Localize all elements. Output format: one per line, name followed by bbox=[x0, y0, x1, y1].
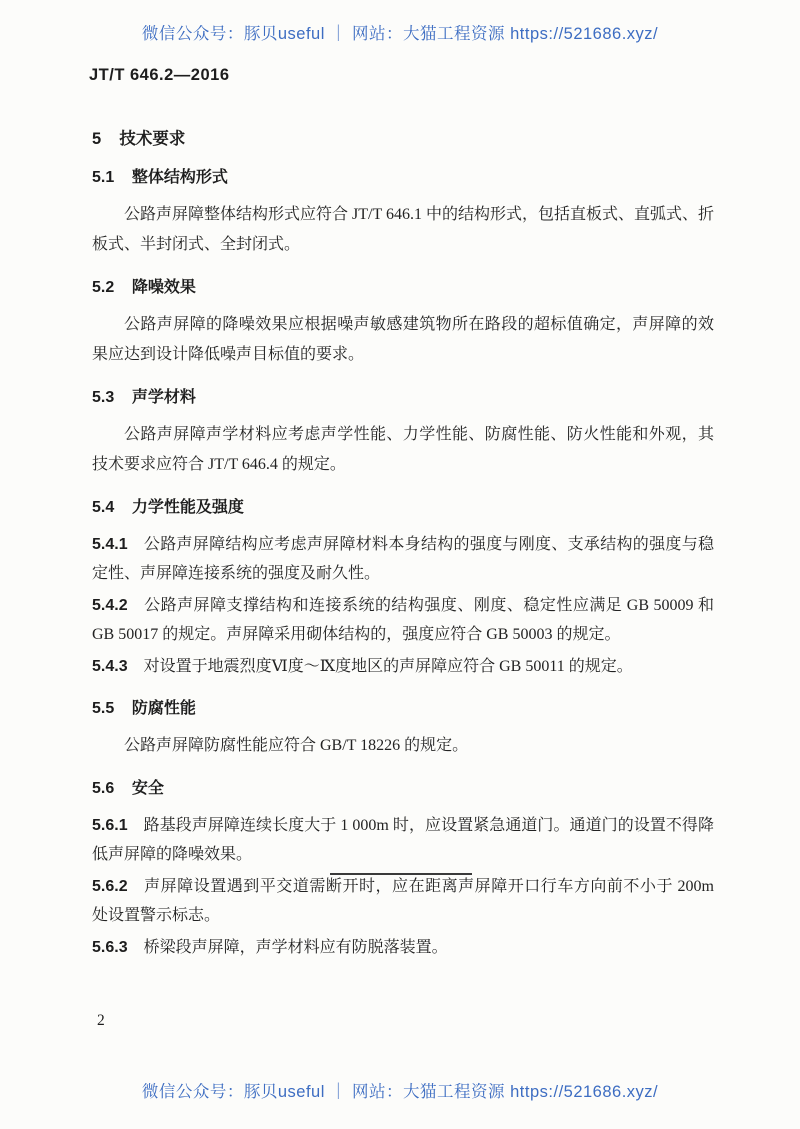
clause-text: 声屏障设置遇到平交道需断开时，应在距离声屏障开口行车方向前不小于 200m 处设… bbox=[92, 878, 714, 924]
document-content: 5技术要求 5.1整体结构形式 公路声屏障整体结构形式应符合 JT/T 646.… bbox=[92, 128, 714, 965]
document-page: 微信公众号：豚贝useful ｜ 网站：大猫工程资源 https://52168… bbox=[0, 0, 800, 1129]
clause-5-4-1: 5.4.1公路声屏障结构应考虑声屏障材料本身结构的强度与刚度、支承结构的强度与稳… bbox=[92, 530, 714, 588]
clause-5-6-1: 5.6.1路基段声屏障连续长度大于 1 000m 时，应设置紧急通道门。通道门的… bbox=[92, 811, 714, 869]
clause-text: 公路声屏障支撑结构和连接系统的结构强度、刚度、稳定性应满足 GB 50009 和… bbox=[92, 597, 714, 643]
chapter-number: 5 bbox=[92, 130, 101, 148]
clause-number: 5.6.2 bbox=[92, 878, 128, 895]
section-heading-5-5: 5.5防腐性能 bbox=[92, 698, 714, 720]
section-heading-5-3: 5.3声学材料 bbox=[92, 387, 714, 409]
section-paragraph-5-5: 公路声屏障防腐性能应符合 GB/T 18226 的规定。 bbox=[92, 731, 714, 761]
section-title: 防腐性能 bbox=[132, 700, 196, 717]
watermark-bottom: 微信公众号：豚贝useful ｜ 网站：大猫工程资源 https://52168… bbox=[0, 1078, 800, 1102]
clause-number: 5.6.3 bbox=[92, 939, 128, 956]
section-number: 5.5 bbox=[92, 700, 114, 717]
chapter-title: 技术要求 bbox=[119, 130, 185, 148]
section-paragraph-5-3: 公路声屏障声学材料应考虑声学性能、力学性能、防腐性能、防火性能和外观，其技术要求… bbox=[92, 420, 714, 480]
section-paragraph-5-1: 公路声屏障整体结构形式应符合 JT/T 646.1 中的结构形式，包括直板式、直… bbox=[92, 200, 714, 260]
clause-5-4-2: 5.4.2公路声屏障支撑结构和连接系统的结构强度、刚度、稳定性应满足 GB 50… bbox=[92, 591, 714, 649]
chapter-heading: 5技术要求 bbox=[92, 128, 714, 150]
watermark-top: 微信公众号：豚贝useful ｜ 网站：大猫工程资源 https://52168… bbox=[0, 20, 800, 44]
clause-text: 对设置于地震烈度Ⅵ度～Ⅸ度地区的声屏障应符合 GB 50011 的规定。 bbox=[144, 658, 633, 675]
clause-number: 5.4.2 bbox=[92, 597, 128, 614]
clause-number: 5.4.1 bbox=[92, 536, 128, 553]
section-heading-5-2: 5.2降噪效果 bbox=[92, 277, 714, 299]
clause-text: 公路声屏障结构应考虑声屏障材料本身结构的强度与刚度、支承结构的强度与稳定性、声屏… bbox=[92, 536, 714, 582]
clause-5-4-3: 5.4.3对设置于地震烈度Ⅵ度～Ⅸ度地区的声屏障应符合 GB 50011 的规定… bbox=[92, 652, 714, 681]
clause-5-6-3: 5.6.3桥梁段声屏障，声学材料应有防脱落装置。 bbox=[92, 933, 714, 962]
clause-text: 桥梁段声屏障，声学材料应有防脱落装置。 bbox=[144, 939, 448, 956]
section-paragraph-5-2: 公路声屏障的降噪效果应根据噪声敏感建筑物所在路段的超标值确定，声屏障的效果应达到… bbox=[92, 310, 714, 370]
section-title: 力学性能及强度 bbox=[132, 499, 244, 516]
clause-text: 路基段声屏障连续长度大于 1 000m 时，应设置紧急通道门。通道门的设置不得降… bbox=[92, 817, 714, 863]
section-heading-5-4: 5.4力学性能及强度 bbox=[92, 497, 714, 519]
section-title: 降噪效果 bbox=[132, 279, 196, 296]
section-title: 安全 bbox=[132, 780, 164, 797]
section-number: 5.3 bbox=[92, 389, 114, 406]
section-number: 5.6 bbox=[92, 780, 114, 797]
clause-5-6-2: 5.6.2声屏障设置遇到平交道需断开时，应在距离声屏障开口行车方向前不小于 20… bbox=[92, 872, 714, 930]
section-heading-5-1: 5.1整体结构形式 bbox=[92, 167, 714, 189]
page-number: 2 bbox=[97, 1012, 105, 1030]
section-heading-5-6: 5.6安全 bbox=[92, 778, 714, 800]
section-number: 5.4 bbox=[92, 499, 114, 516]
clause-number: 5.6.1 bbox=[92, 817, 128, 834]
clause-number: 5.4.3 bbox=[92, 658, 128, 675]
section-title: 声学材料 bbox=[132, 389, 196, 406]
doc-number: JT/T 646.2—2016 bbox=[89, 66, 230, 85]
section-title: 整体结构形式 bbox=[132, 169, 228, 186]
section-number: 5.1 bbox=[92, 169, 114, 186]
section-number: 5.2 bbox=[92, 279, 114, 296]
end-of-text-rule bbox=[330, 873, 472, 875]
